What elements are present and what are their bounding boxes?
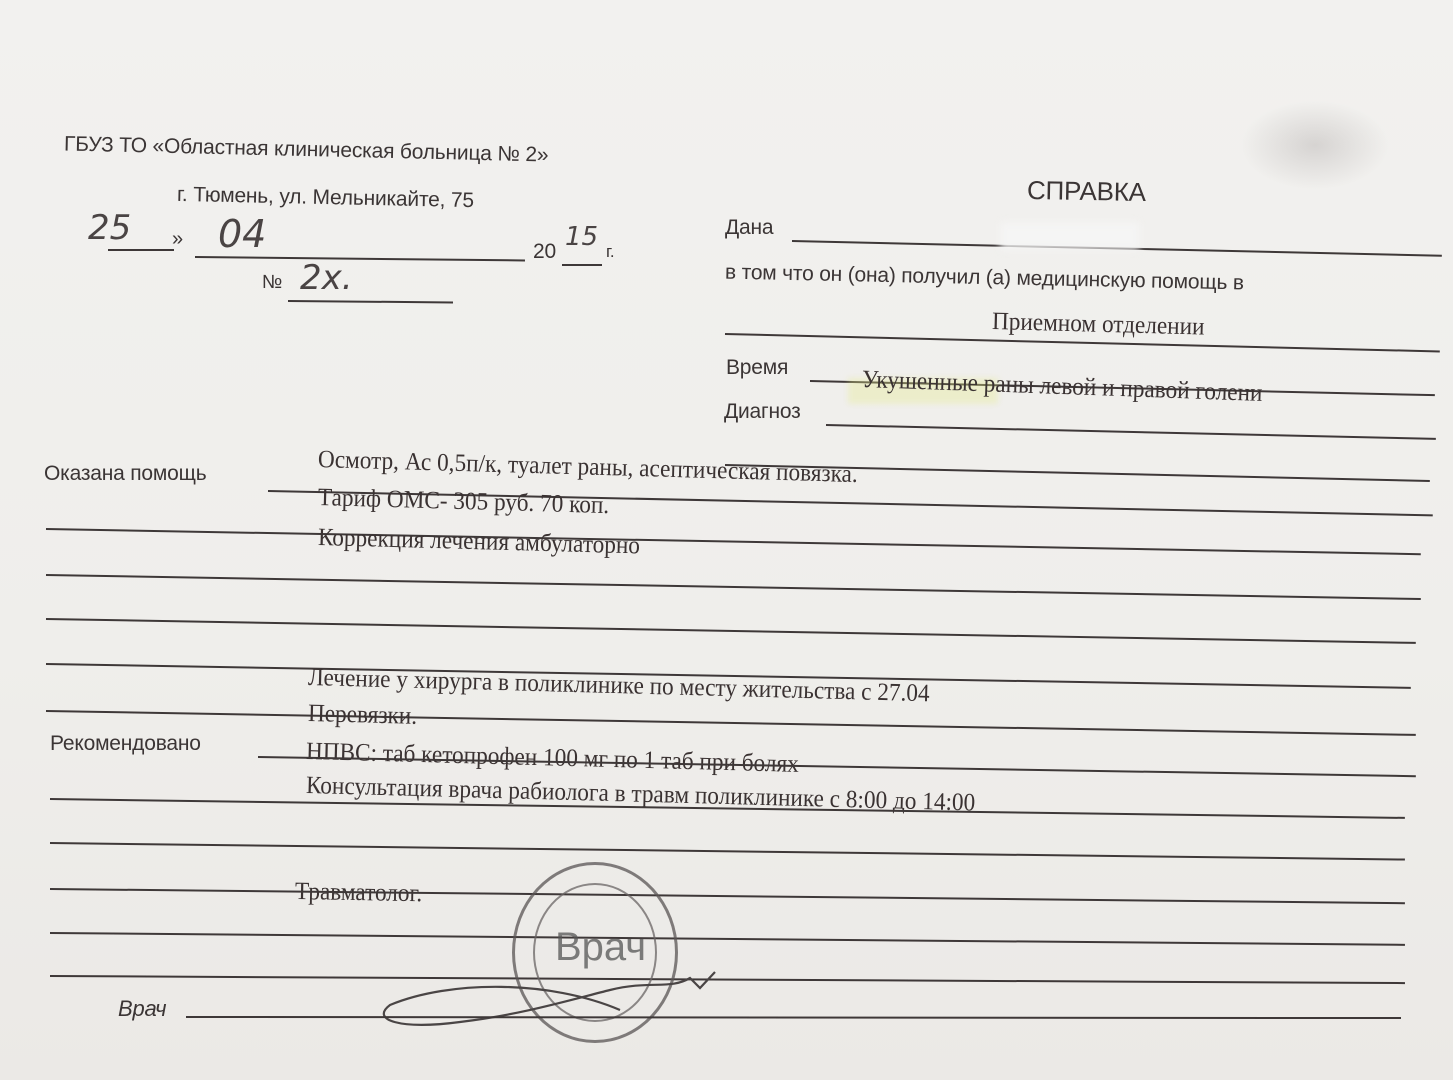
number-value: 2х. (300, 258, 353, 298)
institution-address: г. Тюмень, ул. Мельникайте, 75 (177, 183, 474, 213)
rule-6 (46, 710, 1416, 736)
help-provided-label: Оказана помощь (44, 462, 206, 486)
ink-smudge (1240, 100, 1390, 190)
rule-11 (50, 932, 1405, 946)
institution-name: ГБУЗ ТО «Областная клиническая больница … (64, 133, 549, 168)
date-quote: » (172, 228, 183, 251)
help-line-3: Коррекция лечения амбулаторно (318, 524, 641, 560)
department-value: Приемном отделении (992, 308, 1205, 342)
date-year-label: г. (606, 242, 614, 262)
help-line-2: Тариф ОМС- 305 руб. 70 коп. (318, 484, 610, 520)
rule-10 (50, 888, 1405, 904)
date-year-prefix: 20 (533, 240, 556, 264)
statement-text: в том что он (она) получил (а) медицинск… (725, 261, 1244, 296)
certificate-title: СПРАВКА (1027, 175, 1146, 208)
certificate-paper: ГБУЗ ТО «Областная клиническая больница … (0, 0, 1453, 1080)
help-line-rule-2 (46, 528, 1421, 555)
date-year-line (562, 264, 602, 266)
rule-4 (46, 618, 1416, 644)
date-month: 04 (218, 212, 266, 256)
diagnosis-label: Диагноз (724, 400, 801, 424)
number-label: № (262, 272, 282, 294)
issued-to-label: Дана (725, 216, 773, 240)
recommended-line-2: Перевязки. (308, 700, 418, 731)
doctor-label: Врач (118, 996, 166, 1022)
recommended-label: Рекомендовано (50, 732, 201, 756)
number-line (288, 300, 453, 303)
date-year-suffix: 15 (565, 222, 598, 252)
redacted-name (1000, 222, 1140, 250)
rule-9 (50, 842, 1405, 861)
date-month-line (195, 256, 525, 261)
diagnosis-line (826, 424, 1436, 440)
time-label: Время (726, 356, 788, 380)
date-day: 25 (88, 208, 131, 248)
doctor-signature-line (186, 1016, 1401, 1019)
help-line-1: Осмотр, Ас 0,5п/к, туалет раны, асептиче… (318, 446, 859, 489)
date-day-line (108, 249, 174, 251)
signature-scribble (370, 960, 750, 1040)
rule-3 (46, 574, 1421, 600)
